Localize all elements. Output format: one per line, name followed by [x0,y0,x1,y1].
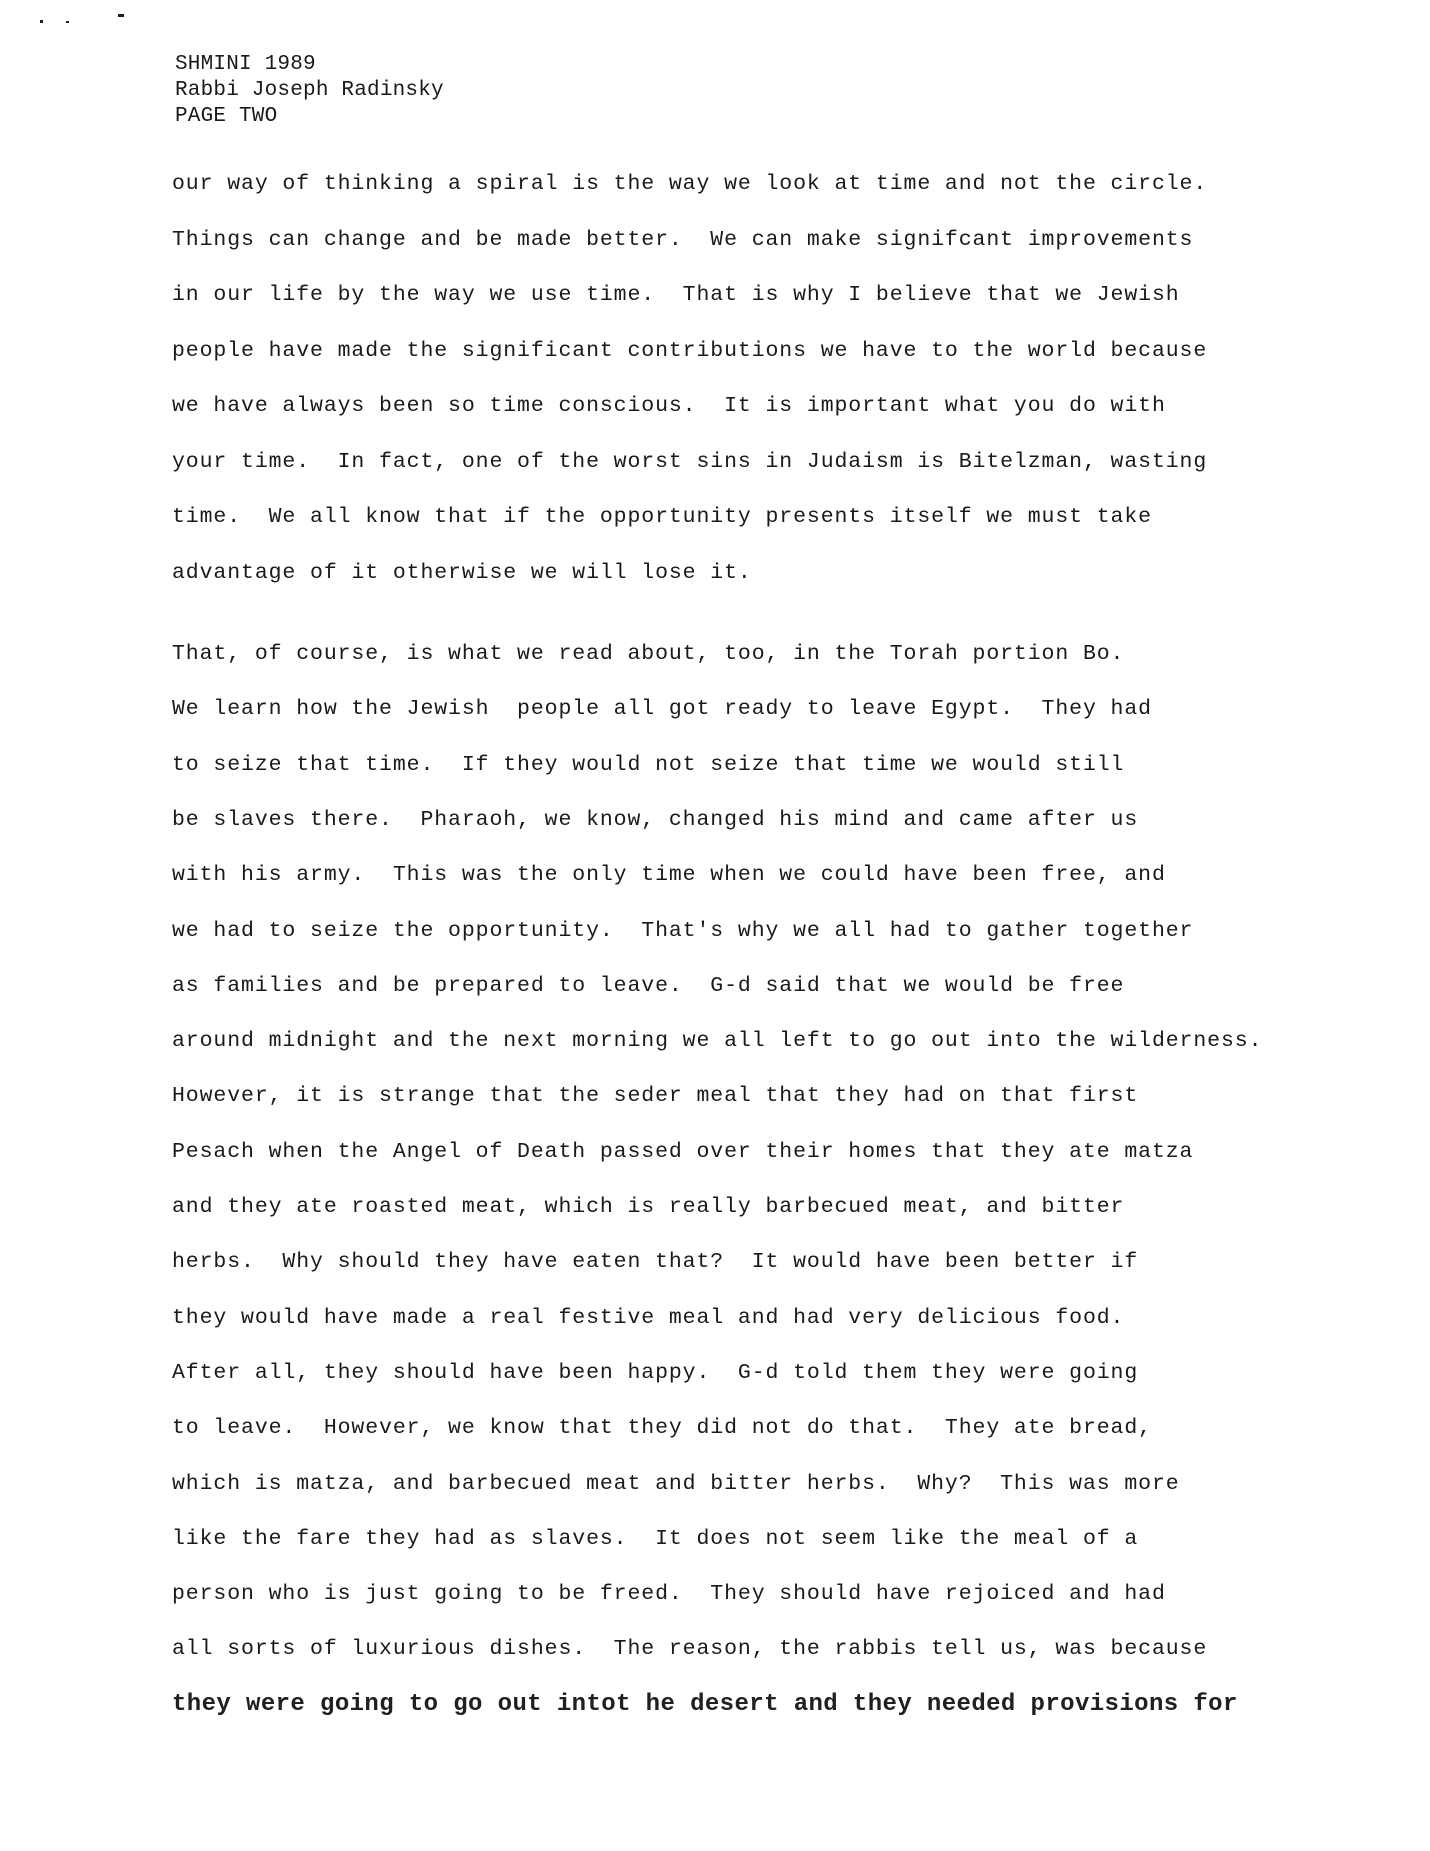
text-line: and they ate roasted meat, which is real… [172,1193,1124,1221]
text-line: to seize that time. If they would not se… [172,751,1124,779]
document-header: SHMINI 1989 Rabbi Joseph Radinsky PAGE T… [175,52,444,130]
text-line: to leave. However, we know that they did… [172,1414,1152,1442]
text-line: Things can change and be made better. We… [172,226,1193,254]
text-line: we have always been so time conscious. I… [172,392,1166,420]
text-line: they would have made a real festive meal… [172,1304,1124,1332]
scanned-document-page: SHMINI 1989 Rabbi Joseph Radinsky PAGE T… [0,0,1430,1851]
text-line: advantage of it otherwise we will lose i… [172,559,752,587]
text-line: herbs. Why should they have eaten that? … [172,1248,1138,1276]
scan-speck [40,20,43,23]
scan-speck [118,14,124,17]
text-line: people have made the significant contrib… [172,337,1207,365]
document-author: Rabbi Joseph Radinsky [175,78,444,104]
text-line: your time. In fact, one of the worst sin… [172,448,1207,476]
scan-speck [66,21,69,23]
text-line: with his army. This was the only time wh… [172,861,1166,889]
text-line: in our life by the way we use time. That… [172,281,1180,309]
text-line: like the fare they had as slaves. It doe… [172,1525,1138,1553]
text-line: Pesach when the Angel of Death passed ov… [172,1138,1193,1166]
text-line: be slaves there. Pharaoh, we know, chang… [172,806,1138,834]
text-line: all sorts of luxurious dishes. The reaso… [172,1635,1207,1663]
text-line: our way of thinking a spiral is the way … [172,170,1207,198]
text-line: time. We all know that if the opportunit… [172,503,1152,531]
text-line: We learn how the Jewish people all got r… [172,695,1152,723]
text-line: they were going to go out intot he deser… [172,1691,1238,1719]
text-line: as families and be prepared to leave. G-… [172,972,1124,1000]
text-line: we had to seize the opportunity. That's … [172,917,1193,945]
text-line: After all, they should have been happy. … [172,1359,1138,1387]
document-title: SHMINI 1989 [175,52,444,78]
text-line: However, it is strange that the seder me… [172,1082,1138,1110]
text-line: around midnight and the next morning we … [172,1027,1262,1055]
text-line: person who is just going to be freed. Th… [172,1580,1166,1608]
text-line: which is matza, and barbecued meat and b… [172,1470,1180,1498]
text-line: That, of course, is what we read about, … [172,640,1124,668]
page-label: PAGE TWO [175,104,444,130]
